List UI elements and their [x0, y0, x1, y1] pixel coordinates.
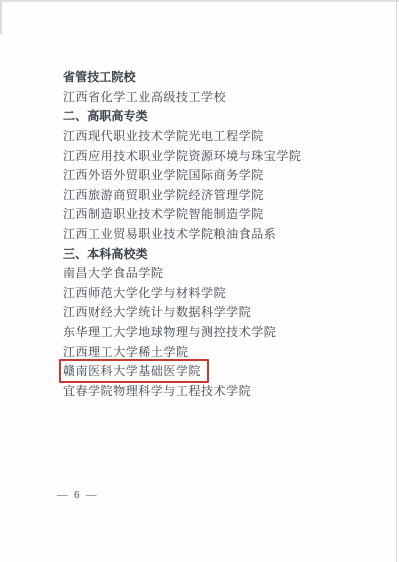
- document-page: 省管技工院校 江西省化学工业高级技工学校 二、高职高专类 江西现代职业技术学院光…: [0, 0, 399, 562]
- school-name: 宜春学院物理科学与工程技术学院: [63, 382, 251, 399]
- scan-edge-left: [0, 0, 2, 34]
- school-list-item: 江西省化学工业高级技工学校: [63, 87, 301, 107]
- school-name: 江西旅游商贸职业学院经济管理学院: [63, 186, 264, 203]
- school-name: 东华理工大学地球物理与测控技术学院: [63, 323, 276, 340]
- heading-text: 省管技工院校: [63, 68, 136, 85]
- school-list-item: 东华理工大学地球物理与测控技术学院: [63, 322, 301, 342]
- document-content: 省管技工院校 江西省化学工业高级技工学校 二、高职高专类 江西现代职业技术学院光…: [63, 67, 301, 400]
- section-heading-provincial-technical-schools: 省管技工院校: [63, 67, 301, 87]
- school-name: 江西财经大学统计与数据科学学院: [63, 303, 251, 320]
- school-name: 江西师范大学化学与材料学院: [63, 284, 226, 301]
- school-list-item: 江西旅游商贸职业学院经济管理学院: [63, 185, 301, 205]
- heading-text: 三、本科高校类: [63, 245, 148, 262]
- school-name: 南昌大学食品学院: [63, 264, 163, 281]
- school-list-item-highlighted: 赣南医科大学基础医学院: [63, 361, 301, 381]
- school-list-item: 南昌大学食品学院: [63, 263, 301, 283]
- school-name: 江西理工大学稀土学院: [63, 343, 189, 360]
- school-list-item: 宜春学院物理科学与工程技术学院: [63, 381, 301, 401]
- school-list-item: 江西现代职业技术学院光电工程学院: [63, 126, 301, 146]
- school-list-item: 江西师范大学化学与材料学院: [63, 283, 301, 303]
- school-name: 江西省化学工业高级技工学校: [63, 88, 226, 105]
- school-name: 赣南医科大学基础医学院: [63, 364, 201, 378]
- school-name: 江西现代职业技术学院光电工程学院: [63, 127, 264, 144]
- school-name: 江西工业贸易职业技术学院粮油食品系: [63, 225, 276, 242]
- section-heading-undergraduate: 三、本科高校类: [63, 243, 301, 263]
- heading-text: 二、高职高专类: [63, 107, 148, 124]
- school-name: 江西制造职业技术学院智能制造学院: [63, 205, 264, 222]
- scan-edge-top: [0, 0, 399, 2]
- scan-edge-right: [396, 0, 397, 562]
- school-list-item: 江西制造职业技术学院智能制造学院: [63, 204, 301, 224]
- school-list-item: 江西理工大学稀土学院: [63, 341, 301, 361]
- red-highlight-box: 赣南医科大学基础医学院: [59, 359, 209, 383]
- school-list-item: 江西财经大学统计与数据科学学院: [63, 302, 301, 322]
- school-list-item: 江西外语外贸职业学院国际商务学院: [63, 165, 301, 185]
- school-name: 江西应用技术职业学院资源环境与珠宝学院: [63, 147, 301, 164]
- section-heading-higher-vocational: 二、高职高专类: [63, 106, 301, 126]
- school-list-item: 江西工业贸易职业技术学院粮油食品系: [63, 224, 301, 244]
- page-number: — 6 —: [57, 490, 99, 501]
- school-list-item: 江西应用技术职业学院资源环境与珠宝学院: [63, 145, 301, 165]
- school-name: 江西外语外贸职业学院国际商务学院: [63, 166, 264, 183]
